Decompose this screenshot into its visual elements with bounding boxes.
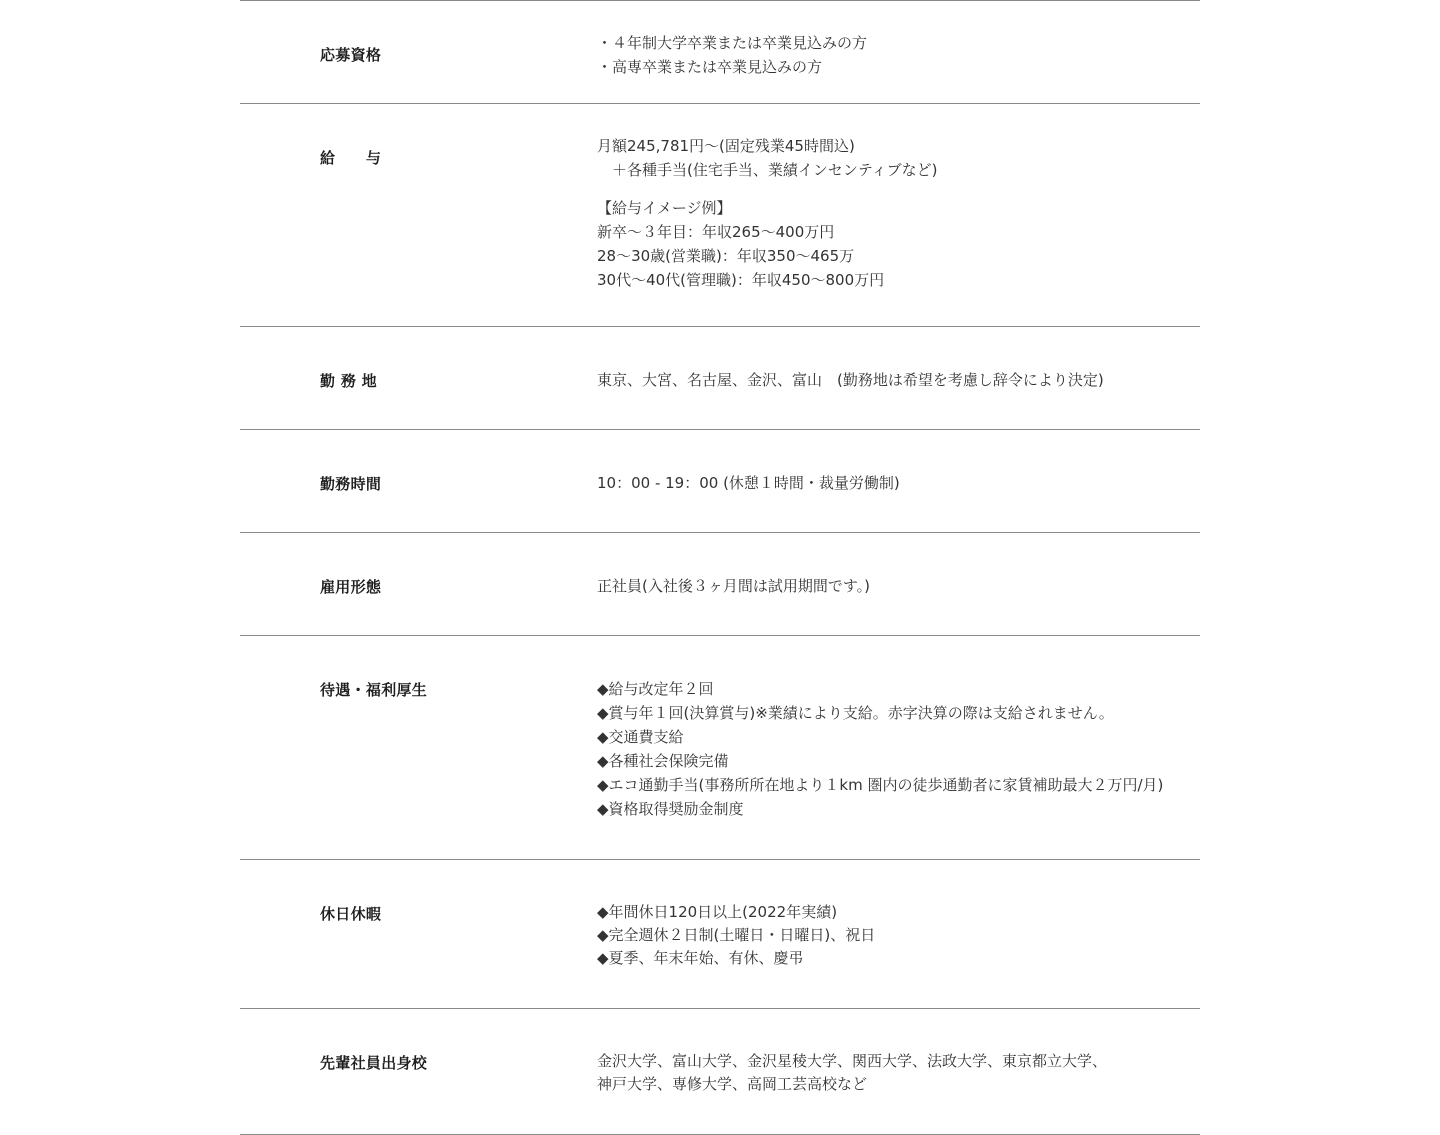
row-salary: 給 与 月額245,781円～(固定残業45時間込) ＋各種手当(住宅手当、業績… <box>240 104 1200 327</box>
value-line: 10：00 - 19：00 (休憩１時間・裁量労働制) <box>597 471 900 495</box>
value-line: ◆夏季、年末年始、有休、慶弔 <box>597 947 875 970</box>
job-requirements-table: 応募資格 ・４年制大学卒業または卒業見込みの方 ・高専卒業または卒業見込みの方 … <box>240 0 1200 1135</box>
value-line: 正社員(入社後３ヶ月間は試用期間です。) <box>597 574 870 598</box>
value-line: 30代～40代(管理職)：年収450～800万円 <box>597 268 938 292</box>
row-working-hours: 勤務時間 10：00 - 19：00 (休憩１時間・裁量労働制) <box>240 430 1200 533</box>
row-value: 東京、大宮、名古屋、金沢、富山 (勤務地は希望を考慮し辞令により決定) <box>597 368 1104 392</box>
row-label: 雇用形態 <box>320 576 381 597</box>
value-line: ◆資格取得奨励金制度 <box>597 797 1163 821</box>
value-line: 金沢大学、富山大学、金沢星稜大学、関西大学、法政大学、東京都立大学、 <box>597 1050 1107 1073</box>
row-label: 待遇・福利厚生 <box>320 679 427 700</box>
row-qualifications: 応募資格 ・４年制大学卒業または卒業見込みの方 ・高専卒業または卒業見込みの方 <box>240 1 1200 104</box>
row-label: 先輩社員出身校 <box>320 1052 427 1073</box>
value-line: ◆交通費支給 <box>597 725 1163 749</box>
value-line: 新卒～３年目：年収265～400万円 <box>597 220 938 244</box>
row-value: ◆年間休日120日以上(2022年実績) ◆完全週休２日制(土曜日・日曜日)、祝… <box>597 901 875 970</box>
value-line: ◆各種社会保険完備 <box>597 749 1163 773</box>
value-line: 東京、大宮、名古屋、金沢、富山 (勤務地は希望を考慮し辞令により決定) <box>597 368 1104 392</box>
value-line: ◆年間休日120日以上(2022年実績) <box>597 901 875 924</box>
value-line: 月額245,781円～(固定残業45時間込) <box>597 134 938 158</box>
row-value: 正社員(入社後３ヶ月間は試用期間です。) <box>597 574 870 598</box>
row-work-location: 勤 務 地 東京、大宮、名古屋、金沢、富山 (勤務地は希望を考慮し辞令により決定… <box>240 327 1200 430</box>
row-label: 給 与 <box>320 147 381 168</box>
value-line: ＋各種手当(住宅手当、業績インセンティブなど) <box>597 158 938 182</box>
row-value: ・４年制大学卒業または卒業見込みの方 ・高専卒業または卒業見込みの方 <box>597 31 867 79</box>
row-value: 10：00 - 19：00 (休憩１時間・裁量労働制) <box>597 471 900 495</box>
row-label: 休日休暇 <box>320 903 381 924</box>
row-label: 勤務時間 <box>320 473 381 494</box>
value-line: ◆給与改定年２回 <box>597 677 1163 701</box>
row-alumni-schools: 先輩社員出身校 金沢大学、富山大学、金沢星稜大学、関西大学、法政大学、東京都立大… <box>240 1009 1200 1135</box>
row-label: 勤 務 地 <box>320 370 377 391</box>
value-line: 28～30歳(営業職)：年収350～465万 <box>597 244 938 268</box>
value-line: 【給与イメージ例】 <box>597 196 938 220</box>
row-benefits: 待遇・福利厚生 ◆給与改定年２回 ◆賞与年１回(決算賞与)※業績により支給。赤字… <box>240 636 1200 860</box>
row-value: ◆給与改定年２回 ◆賞与年１回(決算賞与)※業績により支給。赤字決算の際は支給さ… <box>597 677 1163 821</box>
value-line: ・４年制大学卒業または卒業見込みの方 <box>597 31 867 55</box>
row-employment-type: 雇用形態 正社員(入社後３ヶ月間は試用期間です。) <box>240 533 1200 636</box>
value-line: ・高専卒業または卒業見込みの方 <box>597 55 867 79</box>
value-line: ◆エコ通勤手当(事務所所在地より１km 圏内の徒歩通勤者に家賃補助最大２万円/月… <box>597 773 1163 797</box>
value-line: ◆完全週休２日制(土曜日・日曜日)、祝日 <box>597 924 875 947</box>
row-value: 金沢大学、富山大学、金沢星稜大学、関西大学、法政大学、東京都立大学、 神戸大学、… <box>597 1050 1107 1096</box>
row-label: 応募資格 <box>320 44 381 65</box>
row-value: 月額245,781円～(固定残業45時間込) ＋各種手当(住宅手当、業績インセン… <box>597 134 938 292</box>
value-line: ◆賞与年１回(決算賞与)※業績により支給。赤字決算の際は支給されません。 <box>597 701 1163 725</box>
row-holidays: 休日休暇 ◆年間休日120日以上(2022年実績) ◆完全週休２日制(土曜日・日… <box>240 860 1200 1009</box>
value-line: 神戸大学、専修大学、高岡工芸高校など <box>597 1073 1107 1096</box>
